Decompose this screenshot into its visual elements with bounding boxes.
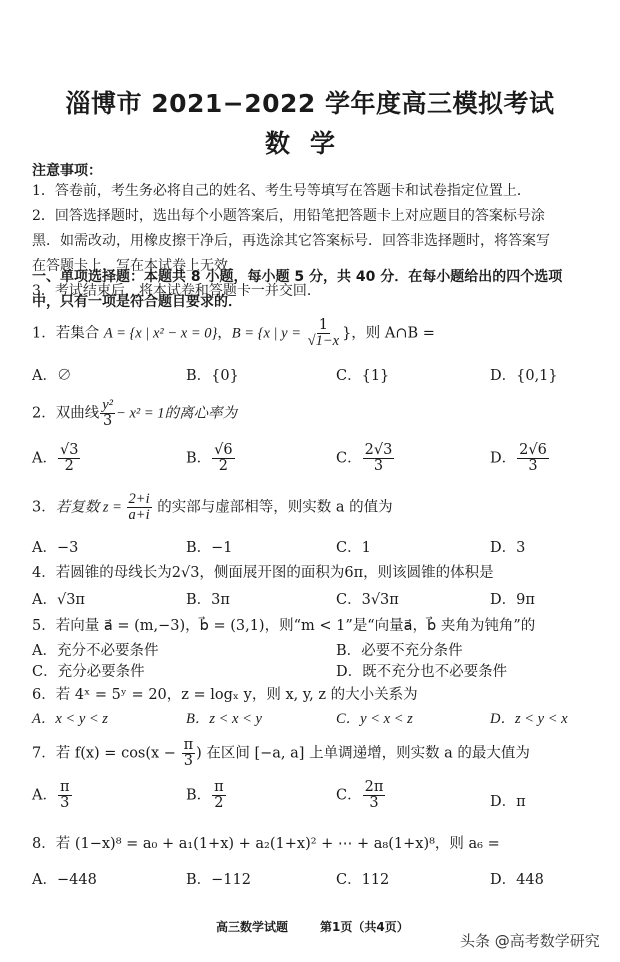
question-5: 5．若向量 a⃗ = (m,−3)，b⃗ = (3,1)，则“m < 1”是“向…	[32, 614, 535, 635]
q4-option-a: A．√3π	[32, 588, 85, 609]
question-3: 3．若复数 z = 2+ia+i 的实部与虚部相等，则实数 a 的值为	[32, 492, 393, 523]
set-a: A = {x | x² − x = 0}	[104, 326, 217, 342]
q6-option-d: D．z < y < x	[490, 707, 568, 728]
q8-option-c: C．112	[336, 868, 389, 889]
watermark: 头条 @高考数学研究	[460, 930, 600, 951]
question-7: 7．若 f(x) = cos(x − π3) 在区间 [−a, a] 上单调递增…	[32, 738, 530, 769]
question-4: 4．若圆锥的母线长为2√3，侧面展开图的面积为6π，则该圆锥的体积是	[32, 561, 494, 582]
q4-option-d: D．9π	[490, 588, 535, 609]
q7-option-c: C．2π3	[336, 780, 386, 811]
footer-page-number: 第1页（共4页）	[320, 918, 409, 935]
q7-option-d: D．π	[490, 790, 526, 811]
q2-option-b: B．√62	[186, 443, 236, 474]
q7-option-a: A．π3	[32, 780, 73, 811]
subject-title: 数学	[0, 124, 620, 160]
q5-option-d: D．既不充分也不必要条件	[336, 660, 507, 681]
q3-option-d: D．3	[490, 536, 525, 557]
q3-option-a: A．−3	[32, 536, 78, 557]
q3-option-b: B．−1	[186, 536, 233, 557]
question-number: 1．	[32, 326, 56, 342]
question-6: 6．若 4ˣ = 5ʸ = 20，z = logₓ y，则 x, y, z 的大…	[32, 683, 418, 704]
q2-option-d: D．2√63	[490, 443, 550, 474]
q3-option-c: C．1	[336, 536, 371, 557]
q4-option-c: C．3√3π	[336, 588, 399, 609]
q1-option-c: C．{1}	[336, 364, 389, 385]
notice-line-3: 黑．如需改动，用橡皮擦干净后，再选涂其它答案标号．回答非选择题时，将答案写	[32, 231, 550, 251]
q5-option-a: A．充分不必要条件	[32, 639, 158, 660]
notice-line-2: 2．回答选择题时，选出每个小题答案后，用铅笔把答题卡上对应题目的答案标号涂	[32, 206, 545, 226]
q8-option-b: B．−112	[186, 868, 251, 889]
question-8: 8．若 (1−x)⁸ = a₀ + a₁(1+x) + a₂(1+x)² + ⋯…	[32, 832, 500, 853]
q6-option-a: A．x < y < z	[32, 707, 108, 728]
fraction: π3	[182, 738, 196, 769]
q2-option-c: C．2√33	[336, 443, 395, 474]
q2-option-a: A．√32	[32, 443, 81, 474]
q6-option-b: B．z < x < y	[186, 707, 262, 728]
q1-option-a: A．∅	[32, 364, 71, 385]
notice-line-1: 1．答卷前，考生务必将自己的姓名、考生号等填写在答题卡和试卷指定位置上．	[32, 181, 531, 201]
exam-title: 淄博市 2021−2022 学年度高三模拟考试	[0, 84, 620, 120]
section-heading-line-2: 中，只有一项是符合题目要求的．	[32, 291, 242, 311]
q1-option-b: B．{0}	[186, 364, 239, 385]
notice-heading: 注意事项：	[32, 160, 102, 180]
fraction: y²3	[100, 398, 115, 429]
section-heading-line-1: 一、单项选择题：本题共 8 小题，每小题 5 分，共 40 分．在每小题给出的四…	[32, 266, 562, 286]
q4-option-b: B．3π	[186, 588, 230, 609]
question-2: 2．双曲线y²3− x² = 1的离心率为	[32, 398, 237, 429]
q7-option-b: B．π2	[186, 780, 227, 811]
footer-label: 高三数学试题	[216, 918, 288, 935]
q1-option-d: D．{0,1}	[490, 364, 558, 385]
question-1: 1．若集合 A = {x | x² − x = 0}，B = {x | y = …	[32, 318, 435, 349]
q8-option-a: A．−448	[32, 868, 97, 889]
q8-option-d: D．448	[490, 868, 544, 889]
q5-option-b: B．必要不充分条件	[336, 639, 463, 660]
q6-option-c: C．y < x < z	[336, 707, 413, 728]
q5-option-c: C．充分必要条件	[32, 660, 145, 681]
fraction: 1√1−x	[306, 318, 341, 349]
fraction: 2+ia+i	[127, 492, 152, 523]
